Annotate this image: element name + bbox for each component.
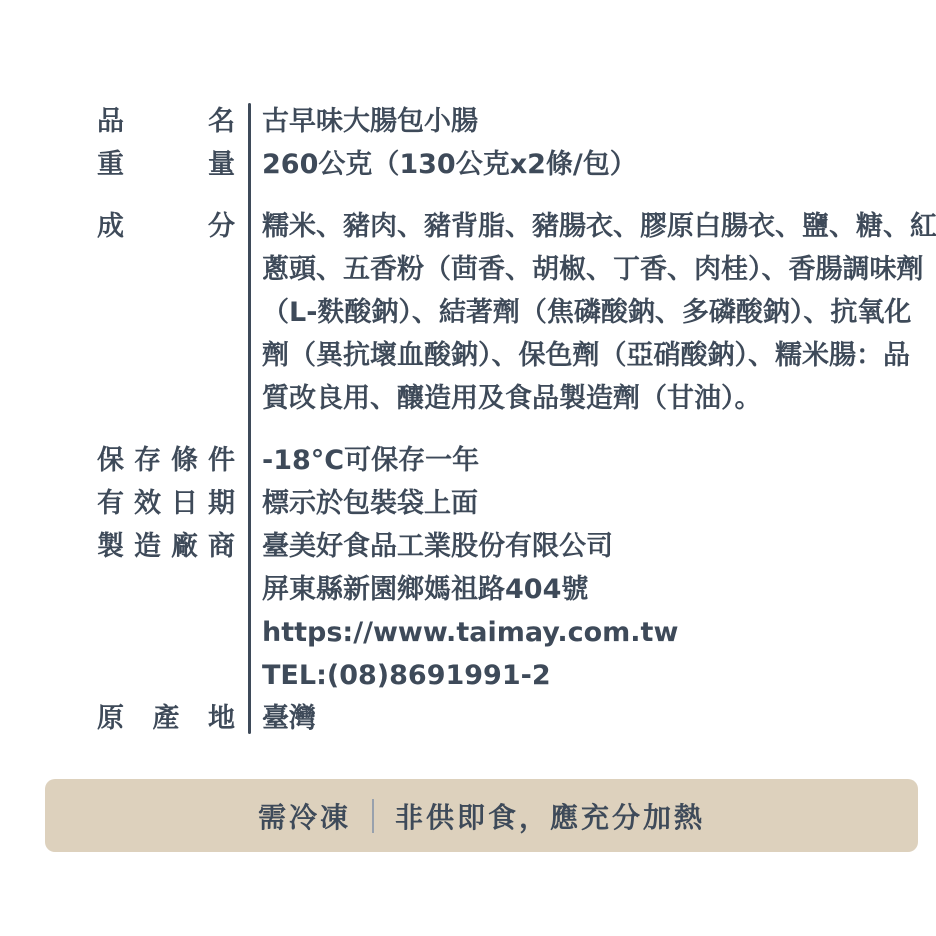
spec-row-expiry: 有效日期 標示於包裝袋上面: [97, 482, 857, 525]
spec-row-product-name: 品名 古早味大腸包小腸: [97, 100, 857, 143]
ingredients-line: （L-麩酸鈉）、結著劑（焦磷酸鈉、多磷酸鈉）、抗氧化: [262, 291, 936, 334]
manufacturer-website: https://www.taimay.com.tw: [262, 611, 678, 654]
ingredients-line: 質改良用、釀造用及食品製造劑（甘油）。: [262, 377, 936, 420]
spec-row-storage: 保存條件 -18°C可保存一年: [97, 439, 857, 482]
spec-row-ingredients: 成分 糯米、豬肉、豬背脂、豬腸衣、膠原白腸衣、鹽、糖、紅 蔥頭、五香粉（茴香、胡…: [97, 205, 857, 420]
spec-value-expiry: 標示於包裝袋上面: [262, 482, 478, 525]
manufacturer-phone: TEL:(08)8691991-2: [262, 654, 678, 697]
spec-row-manufacturer: 製造廠商 臺美好食品工業股份有限公司 屏東縣新園鄉媽祖路404號 https:/…: [97, 525, 857, 697]
spec-row-origin: 原產地 臺灣: [97, 697, 857, 740]
spec-value-origin: 臺灣: [262, 697, 316, 740]
notice-separator: [372, 799, 374, 833]
spec-label-product-name: 品名: [97, 100, 235, 143]
spec-value-storage: -18°C可保存一年: [262, 439, 479, 482]
product-spec-table: 品名 古早味大腸包小腸 重量 260公克（130公克x2條/包） 成分 糯米、豬…: [97, 100, 857, 740]
ingredients-line: 劑（異抗壞血酸鈉）、保色劑（亞硝酸鈉）、糯米腸：品: [262, 334, 936, 377]
ingredients-line: 糯米、豬肉、豬背脂、豬腸衣、膠原白腸衣、鹽、糖、紅: [262, 205, 936, 248]
spec-label-manufacturer: 製造廠商: [97, 525, 235, 568]
spec-label-storage: 保存條件: [97, 439, 235, 482]
spec-value-ingredients: 糯米、豬肉、豬背脂、豬腸衣、膠原白腸衣、鹽、糖、紅 蔥頭、五香粉（茴香、胡椒、丁…: [262, 205, 936, 420]
spec-label-origin: 原產地: [97, 697, 235, 740]
spec-label-weight: 重量: [97, 143, 235, 186]
product-info-sheet: 品名 古早味大腸包小腸 重量 260公克（130公克x2條/包） 成分 糯米、豬…: [0, 0, 936, 936]
notice-heating-text: 非供即食，應充分加熱: [395, 796, 705, 836]
spec-label-ingredients: 成分: [97, 205, 235, 248]
spec-value-product-name: 古早味大腸包小腸: [262, 100, 478, 143]
spec-row-weight: 重量 260公克（130公克x2條/包）: [97, 143, 857, 186]
spec-label-expiry: 有效日期: [97, 482, 235, 525]
notice-banner: 需冷凍 非供即食，應充分加熱: [45, 779, 918, 852]
notice-frozen-text: 需冷凍: [258, 796, 351, 836]
manufacturer-company: 臺美好食品工業股份有限公司: [262, 525, 678, 568]
label-value-divider: [248, 103, 251, 734]
spec-value-weight: 260公克（130公克x2條/包）: [262, 143, 637, 186]
spec-value-manufacturer: 臺美好食品工業股份有限公司 屏東縣新園鄉媽祖路404號 https://www.…: [262, 525, 678, 697]
ingredients-line: 蔥頭、五香粉（茴香、胡椒、丁香、肉桂）、香腸調味劑: [262, 248, 936, 291]
manufacturer-address: 屏東縣新園鄉媽祖路404號: [262, 568, 678, 611]
